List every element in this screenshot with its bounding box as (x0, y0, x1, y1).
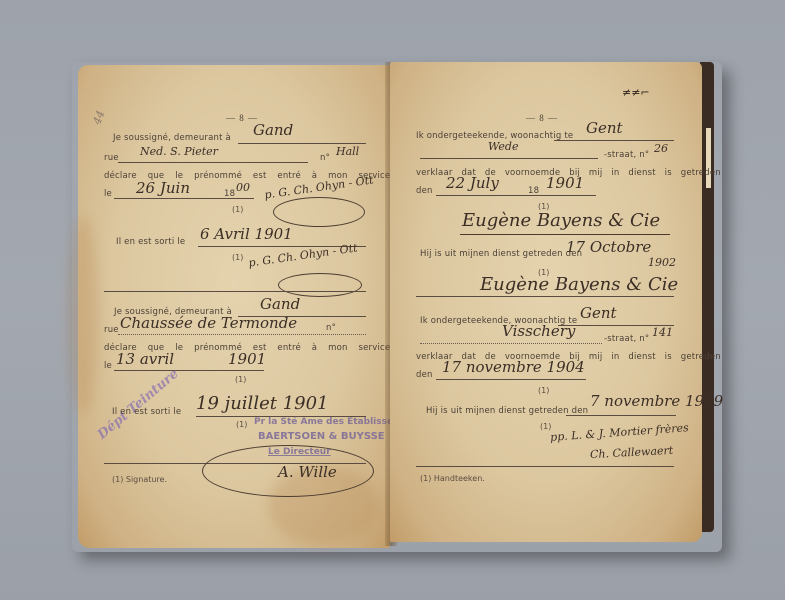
handwritten-year: 1901 (228, 350, 266, 368)
handwritten-street: Visschery (502, 322, 575, 340)
form-line (420, 158, 598, 159)
handwritten-street: Ned. S. Pieter (140, 145, 218, 158)
form-line (554, 140, 674, 141)
department-stamp: Dépt Teinture (95, 366, 182, 442)
company-stamp-line2: BAERTSOEN & BUYSSE (258, 431, 385, 442)
form-line (436, 195, 596, 196)
handwritten-date: 13 avril (116, 350, 174, 368)
handwritten-city: Gand (260, 295, 300, 313)
exit-marker: (1) (232, 253, 243, 262)
signature-marker: (1) (232, 205, 243, 214)
signature-flourish (273, 197, 365, 227)
handwritten-exit-signature: A. Wille (278, 463, 337, 481)
form-line (436, 379, 586, 380)
handwritten-exit-signature-line2: Ch. Callewaert (590, 444, 674, 461)
handwritten-exit-date: 19 juillet 1901 (196, 393, 329, 414)
label-number: n° (326, 323, 336, 333)
label-exit: Il en est sorti le (112, 407, 181, 417)
label-number: n° (320, 153, 330, 163)
signature-flourish (278, 273, 362, 297)
form-line (118, 334, 366, 335)
left-page: 44 — 8 — Je soussigné, demeurant à Gand … (78, 65, 390, 548)
label-street: -straat, n° (604, 334, 649, 344)
handwritten-date: 26 Juin (136, 179, 190, 197)
handwritten-year: 1901 (546, 174, 584, 192)
handwritten-street: Wede (488, 140, 518, 153)
handwritten-date: 17 novembre 1904 (442, 358, 585, 376)
handwritten-date: 22 July (446, 174, 499, 192)
handwritten-exit-signature-line1: pp. L. & J. Mortier frères (550, 421, 689, 444)
handwritten-exit-year: 1902 (648, 256, 676, 269)
label-exit: Hij is uit mijnen dienst getreden den (426, 406, 588, 416)
footnote: (1) Handteeken. (420, 474, 485, 483)
label-date: den (416, 370, 433, 380)
scribble-mark: ≠≠⌐ (622, 86, 650, 99)
form-line (238, 143, 366, 144)
label-street: -straat, n° (604, 150, 649, 160)
label-date: den (416, 186, 433, 196)
footnote: (1) Signature. (112, 475, 167, 484)
handwritten-signature: Eugène Bayens & Cie (462, 210, 660, 231)
form-line (118, 162, 308, 163)
label-resident: Je soussigné, demeurant à (113, 133, 231, 143)
form-line (114, 370, 264, 371)
handwritten-year: 00 (236, 181, 250, 194)
handwritten-city: Gent (580, 304, 617, 322)
handwritten-exit-date: 7 novembre 1909 (590, 392, 723, 410)
handwritten-exit-signature: Eugène Bayens & Cie (480, 274, 678, 295)
label-street: rue (104, 325, 119, 335)
book-bookmark-tab (706, 128, 711, 188)
section-divider (416, 466, 674, 467)
handwritten-number: Hall (336, 145, 359, 158)
handwritten-number: 141 (652, 326, 673, 339)
signature-marker: (1) (235, 375, 246, 384)
label-date: le (104, 361, 112, 371)
form-line (114, 198, 254, 199)
label-exit: Hij is uit mijnen dienst getreden den (420, 249, 582, 259)
section-divider (104, 291, 366, 292)
handwritten-exit-date: 6 Avril 1901 (200, 225, 293, 243)
handwritten-street: Chaussée de Termonde (120, 314, 297, 332)
handwritten-city: Gand (253, 121, 293, 139)
right-page: ≠≠⌐ — 8 — Ik ondergeteekende, woonachtig… (390, 62, 702, 542)
margin-note: 44 (90, 109, 107, 127)
paper-stain (68, 215, 98, 415)
handwritten-number: 26 (654, 142, 668, 155)
form-line (420, 343, 602, 344)
signature-underline (460, 234, 670, 235)
section-divider (416, 296, 674, 297)
signature-marker: (1) (538, 386, 549, 395)
label-exit: Il en est sorti le (116, 237, 185, 247)
handwritten-exit-date: 17 Octobre (566, 238, 651, 256)
exit-marker: (1) (236, 420, 247, 429)
form-line (566, 415, 676, 416)
label-street: rue (104, 153, 119, 163)
label-date: le (104, 189, 112, 199)
exit-marker: (1) (540, 422, 551, 431)
handwritten-city: Gent (586, 119, 623, 137)
page-number: — 8 — (526, 113, 558, 123)
